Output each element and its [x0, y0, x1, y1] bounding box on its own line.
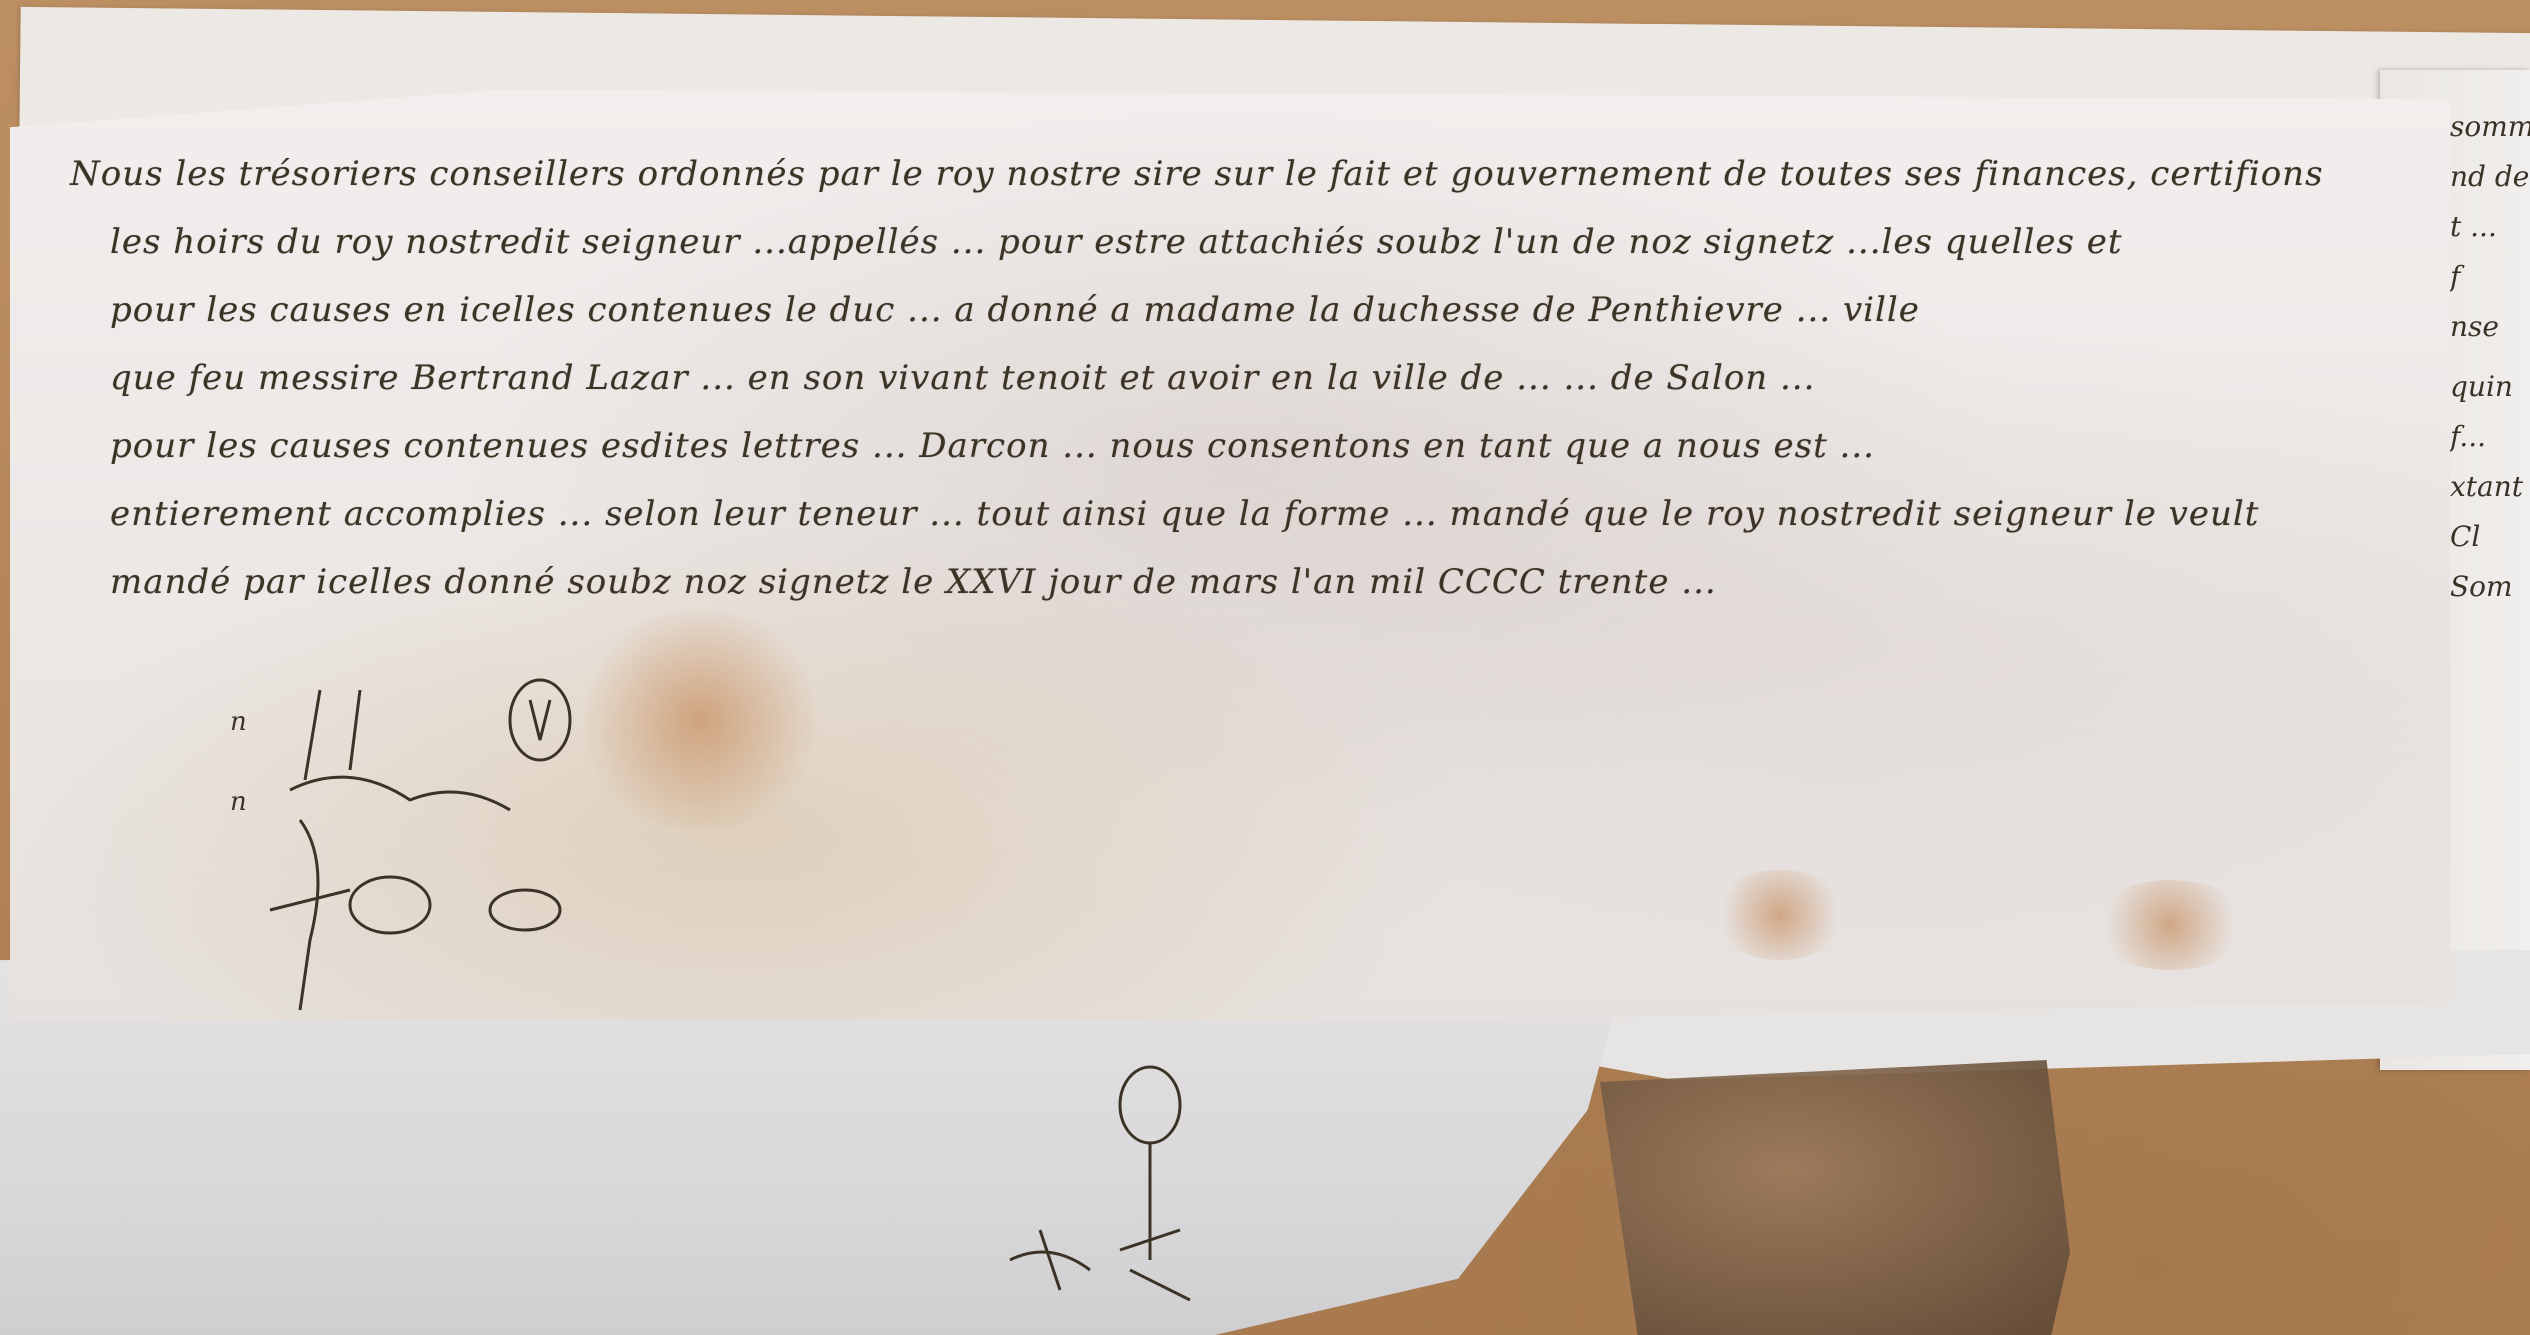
text-line-3: pour les causes en icelles contenues le … [70, 276, 2430, 344]
marginal-mark: n [230, 787, 247, 817]
text-line-6: entierement accomplies ... selon leur te… [70, 480, 2430, 548]
text-line-2: les hoirs du roy nostredit seigneur ...a… [70, 208, 2430, 276]
stain [2090, 880, 2250, 970]
fragment-line: nd de [2450, 160, 2529, 193]
marginal-mark: n [230, 707, 247, 737]
charter-document: Nous les trésoriers conseillers ordonnés… [10, 90, 2450, 1020]
fragment-line: quin [2450, 370, 2513, 403]
fragment-line: f... [2450, 420, 2486, 453]
signature-flourish: n n [210, 660, 610, 1020]
stain [1710, 870, 1850, 960]
fragment-line: f [2450, 260, 2460, 293]
charter-text: Nous les trésoriers conseillers ordonnés… [70, 140, 2430, 616]
fragment-line: xtant [2450, 470, 2523, 503]
text-line-1: Nous les trésoriers conseillers ordonnés… [70, 140, 2430, 208]
text-line-5: pour les causes contenues esdites lettre… [70, 412, 2430, 480]
wax-seal-fragment [1600, 1060, 2070, 1335]
text-line-7: mandé par icelles donné soubz noz signet… [70, 548, 2430, 616]
fragment-line: Som [2450, 570, 2513, 603]
fragment-line: Cl [2450, 520, 2480, 553]
fragment-line: t ... [2450, 210, 2497, 243]
fragment-line: nse [2450, 310, 2499, 343]
scene: somme nd de t ... f nse quin f... xtant … [0, 0, 2530, 1335]
bottom-signature-mark [950, 1060, 1280, 1310]
text-line-4: que feu messire Bertrand Lazar ... en so… [70, 344, 2430, 412]
fragment-line: somme [2450, 110, 2530, 143]
